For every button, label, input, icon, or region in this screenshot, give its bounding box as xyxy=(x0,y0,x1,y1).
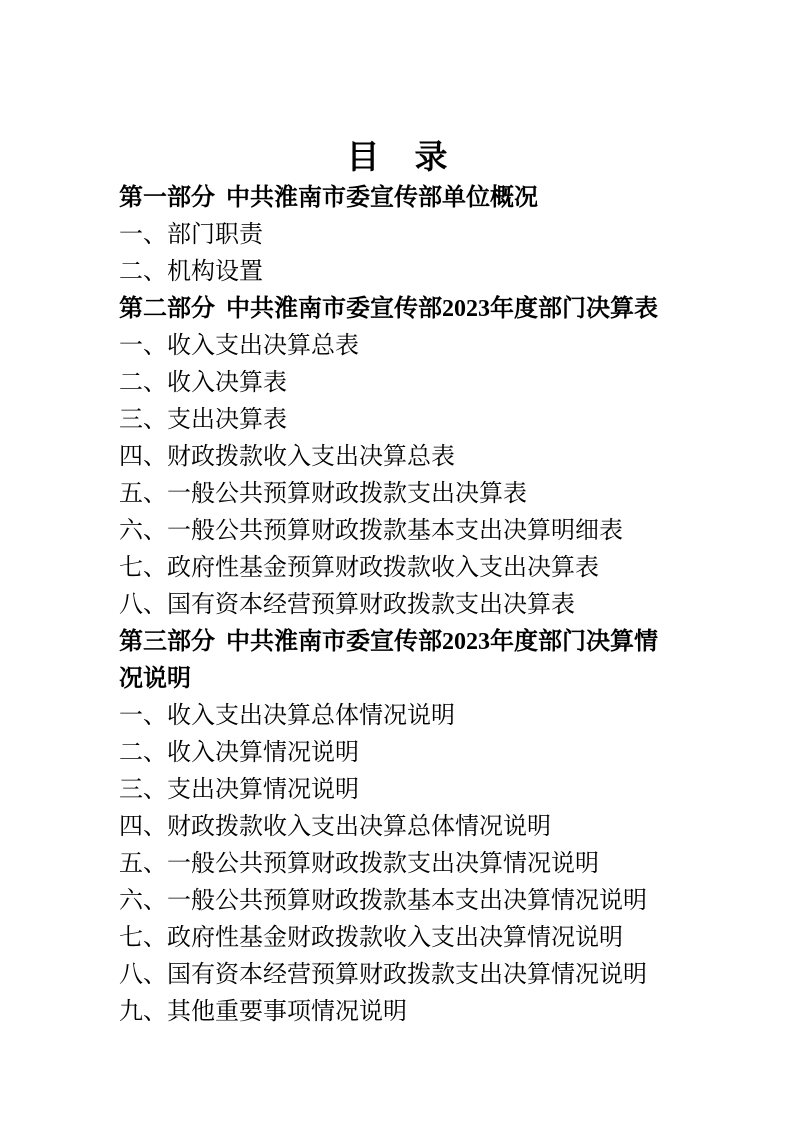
page-title: 目 录 xyxy=(119,137,676,180)
toc-entry: 六、一般公共预算财政拨款基本支出决算情况说明 xyxy=(119,883,676,920)
toc-entry: 三、支出决算表 xyxy=(119,402,676,439)
toc-entry: 二、收入决算表 xyxy=(119,365,676,402)
toc-entry: 九、其他重要事项情况说明 xyxy=(119,994,676,1031)
toc-section-1: 第一部分 中共淮南市委宣传部单位概况 一、部门职责 二、机构设置 xyxy=(119,180,676,291)
toc-entry: 六、一般公共预算财政拨款基本支出决算明细表 xyxy=(119,513,676,550)
toc-entry: 五、一般公共预算财政拨款支出决算表 xyxy=(119,476,676,513)
toc-entry: 八、国有资本经营预算财政拨款支出决算情况说明 xyxy=(119,957,676,994)
section-3-heading: 第三部分 中共淮南市委宣传部2023年度部门决算情况说明 xyxy=(119,624,676,698)
toc-entry: 三、支出决算情况说明 xyxy=(119,772,676,809)
section-1-heading: 第一部分 中共淮南市委宣传部单位概况 xyxy=(119,180,676,217)
toc-entry: 二、收入决算情况说明 xyxy=(119,735,676,772)
toc-entry: 八、国有资本经营预算财政拨款支出决算表 xyxy=(119,587,676,624)
toc-entry: 一、收入支出决算总表 xyxy=(119,328,676,365)
toc-section-3: 第三部分 中共淮南市委宣传部2023年度部门决算情况说明 一、收入支出决算总体情… xyxy=(119,624,676,1031)
toc-entry: 七、政府性基金预算财政拨款收入支出决算表 xyxy=(119,550,676,587)
toc-entry: 二、机构设置 xyxy=(119,254,676,291)
toc-entry: 四、财政拨款收入支出决算总表 xyxy=(119,439,676,476)
toc-page: 目 录 第一部分 中共淮南市委宣传部单位概况 一、部门职责 二、机构设置 第二部… xyxy=(0,0,793,1122)
toc-entry: 一、部门职责 xyxy=(119,217,676,254)
toc-section-2: 第二部分 中共淮南市委宣传部2023年度部门决算表 一、收入支出决算总表 二、收… xyxy=(119,291,676,624)
toc-entry: 七、政府性基金财政拨款收入支出决算情况说明 xyxy=(119,920,676,957)
section-2-heading: 第二部分 中共淮南市委宣传部2023年度部门决算表 xyxy=(119,291,676,328)
toc-entry: 一、收入支出决算总体情况说明 xyxy=(119,698,676,735)
toc-entry: 五、一般公共预算财政拨款支出决算情况说明 xyxy=(119,846,676,883)
toc-content: 目 录 第一部分 中共淮南市委宣传部单位概况 一、部门职责 二、机构设置 第二部… xyxy=(119,137,676,1031)
toc-entry: 四、财政拨款收入支出决算总体情况说明 xyxy=(119,809,676,846)
